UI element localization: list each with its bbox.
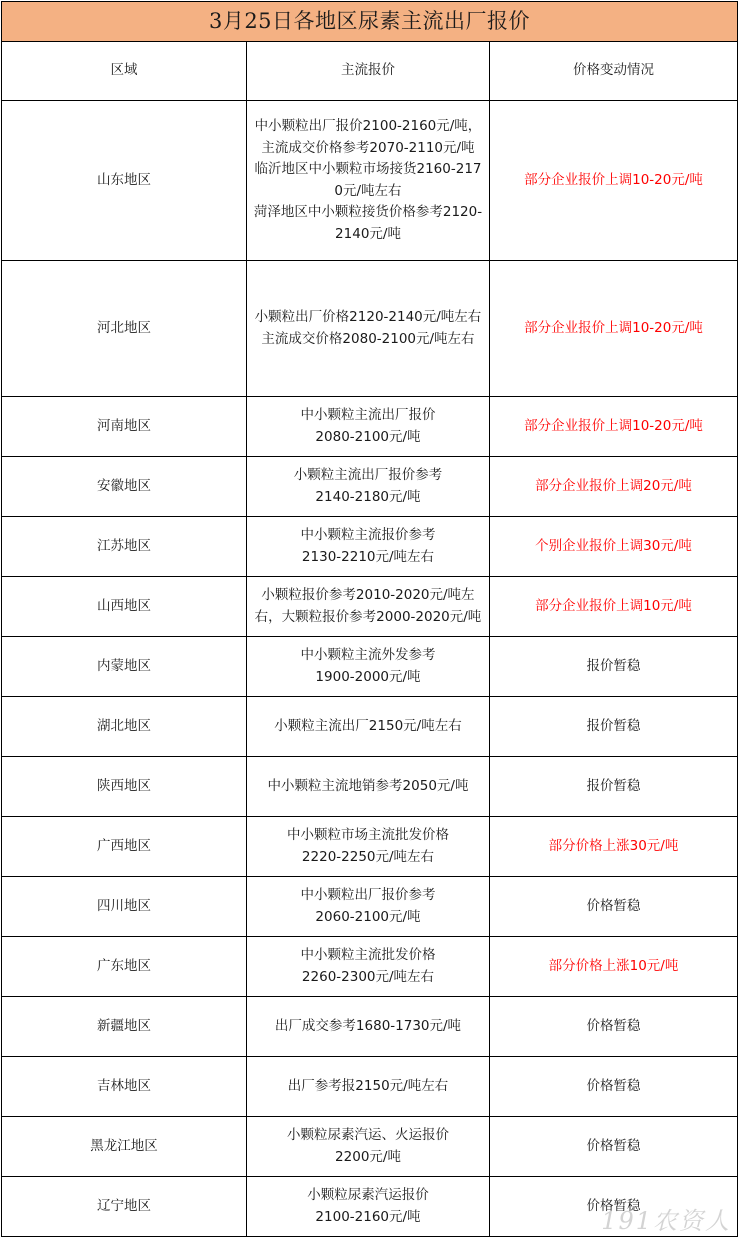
table-row: 四川地区中小颗粒出厂报价参考2060-2100元/吨价格暂稳 bbox=[2, 877, 738, 937]
region-cell: 新疆地区 bbox=[2, 997, 247, 1057]
region-cell: 江苏地区 bbox=[2, 517, 247, 577]
region-cell: 黑龙江地区 bbox=[2, 1117, 247, 1177]
table-row: 河北地区小颗粒出厂价格2120-2140元/吨左右主流成交价格2080-2100… bbox=[2, 261, 738, 397]
table-row: 黑龙江地区小颗粒尿素汽运、火运报价2200元/吨价格暂稳 bbox=[2, 1117, 738, 1177]
change-cell: 部分企业报价上调10-20元/吨 bbox=[490, 397, 738, 457]
change-cell: 部分企业报价上调10-20元/吨 bbox=[490, 101, 738, 261]
table-row: 广西地区中小颗粒市场主流批发价格2220-2250元/吨左右部分价格上涨30元/… bbox=[2, 817, 738, 877]
column-header-change: 价格变动情况 bbox=[490, 42, 738, 101]
price-cell: 小颗粒出厂价格2120-2140元/吨左右主流成交价格2080-2100元/吨左… bbox=[247, 261, 490, 397]
price-cell: 中小颗粒主流批发价格2260-2300元/吨左右 bbox=[247, 937, 490, 997]
region-cell: 湖北地区 bbox=[2, 697, 247, 757]
region-cell: 山西地区 bbox=[2, 577, 247, 637]
table-row: 内蒙地区中小颗粒主流外发参考1900-2000元/吨报价暂稳 bbox=[2, 637, 738, 697]
region-cell: 广西地区 bbox=[2, 817, 247, 877]
change-cell: 价格暂稳 bbox=[490, 1057, 738, 1117]
table-row: 广东地区中小颗粒主流批发价格2260-2300元/吨左右部分价格上涨10元/吨 bbox=[2, 937, 738, 997]
price-cell: 中小颗粒出厂报价2100-2160元/吨，主流成交价格参考2070-2110元/… bbox=[247, 101, 490, 261]
price-cell: 小颗粒报价参考2010-2020元/吨左右，大颗粒报价参考2000-2020元/… bbox=[247, 577, 490, 637]
table-title: 3月25日各地区尿素主流出厂报价 bbox=[2, 2, 738, 42]
table-row: 山西地区小颗粒报价参考2010-2020元/吨左右，大颗粒报价参考2000-20… bbox=[2, 577, 738, 637]
price-cell: 中小颗粒主流外发参考1900-2000元/吨 bbox=[247, 637, 490, 697]
change-cell: 报价暂稳 bbox=[490, 757, 738, 817]
table-row: 河南地区中小颗粒主流出厂报价2080-2100元/吨部分企业报价上调10-20元… bbox=[2, 397, 738, 457]
change-cell: 部分企业报价上调10-20元/吨 bbox=[490, 261, 738, 397]
region-cell: 内蒙地区 bbox=[2, 637, 247, 697]
change-cell: 价格暂稳 bbox=[490, 1177, 738, 1237]
region-cell: 广东地区 bbox=[2, 937, 247, 997]
price-cell: 中小颗粒出厂报价参考2060-2100元/吨 bbox=[247, 877, 490, 937]
urea-price-table: 3月25日各地区尿素主流出厂报价 区域 主流报价 价格变动情况 山东地区中小颗粒… bbox=[1, 1, 738, 1237]
price-cell: 中小颗粒市场主流批发价格2220-2250元/吨左右 bbox=[247, 817, 490, 877]
price-cell: 中小颗粒主流地销参考2050元/吨 bbox=[247, 757, 490, 817]
column-header-price: 主流报价 bbox=[247, 42, 490, 101]
region-cell: 四川地区 bbox=[2, 877, 247, 937]
region-cell: 吉林地区 bbox=[2, 1057, 247, 1117]
table-row: 山东地区中小颗粒出厂报价2100-2160元/吨，主流成交价格参考2070-21… bbox=[2, 101, 738, 261]
region-cell: 安徽地区 bbox=[2, 457, 247, 517]
price-cell: 小颗粒尿素汽运、火运报价2200元/吨 bbox=[247, 1117, 490, 1177]
region-cell: 山东地区 bbox=[2, 101, 247, 261]
change-cell: 部分价格上涨30元/吨 bbox=[490, 817, 738, 877]
table-row: 江苏地区中小颗粒主流报价参考2130-2210元/吨左右个别企业报价上调30元/… bbox=[2, 517, 738, 577]
change-cell: 部分企业报价上调10元/吨 bbox=[490, 577, 738, 637]
price-cell: 出厂成交参考1680-1730元/吨 bbox=[247, 997, 490, 1057]
price-cell: 中小颗粒主流报价参考2130-2210元/吨左右 bbox=[247, 517, 490, 577]
change-cell: 价格暂稳 bbox=[490, 877, 738, 937]
change-cell: 报价暂稳 bbox=[490, 697, 738, 757]
table-row: 湖北地区小颗粒主流出厂2150元/吨左右报价暂稳 bbox=[2, 697, 738, 757]
price-cell: 小颗粒尿素汽运报价2100-2160元/吨 bbox=[247, 1177, 490, 1237]
price-cell: 出厂参考报2150元/吨左右 bbox=[247, 1057, 490, 1117]
region-cell: 辽宁地区 bbox=[2, 1177, 247, 1237]
header-row: 区域 主流报价 价格变动情况 bbox=[2, 42, 738, 101]
change-cell: 部分价格上涨10元/吨 bbox=[490, 937, 738, 997]
column-header-region: 区域 bbox=[2, 42, 247, 101]
change-cell: 价格暂稳 bbox=[490, 1117, 738, 1177]
region-cell: 陕西地区 bbox=[2, 757, 247, 817]
table-row: 新疆地区出厂成交参考1680-1730元/吨价格暂稳 bbox=[2, 997, 738, 1057]
table-row: 吉林地区出厂参考报2150元/吨左右价格暂稳 bbox=[2, 1057, 738, 1117]
table-row: 辽宁地区小颗粒尿素汽运报价2100-2160元/吨价格暂稳 bbox=[2, 1177, 738, 1237]
change-cell: 部分企业报价上调20元/吨 bbox=[490, 457, 738, 517]
price-cell: 小颗粒主流出厂2150元/吨左右 bbox=[247, 697, 490, 757]
change-cell: 价格暂稳 bbox=[490, 997, 738, 1057]
price-cell: 小颗粒主流出厂报价参考2140-2180元/吨 bbox=[247, 457, 490, 517]
table-row: 陕西地区中小颗粒主流地销参考2050元/吨报价暂稳 bbox=[2, 757, 738, 817]
table-body: 山东地区中小颗粒出厂报价2100-2160元/吨，主流成交价格参考2070-21… bbox=[2, 101, 738, 1237]
region-cell: 河南地区 bbox=[2, 397, 247, 457]
region-cell: 河北地区 bbox=[2, 261, 247, 397]
change-cell: 个别企业报价上调30元/吨 bbox=[490, 517, 738, 577]
table-row: 安徽地区小颗粒主流出厂报价参考2140-2180元/吨部分企业报价上调20元/吨 bbox=[2, 457, 738, 517]
change-cell: 报价暂稳 bbox=[490, 637, 738, 697]
price-cell: 中小颗粒主流出厂报价2080-2100元/吨 bbox=[247, 397, 490, 457]
